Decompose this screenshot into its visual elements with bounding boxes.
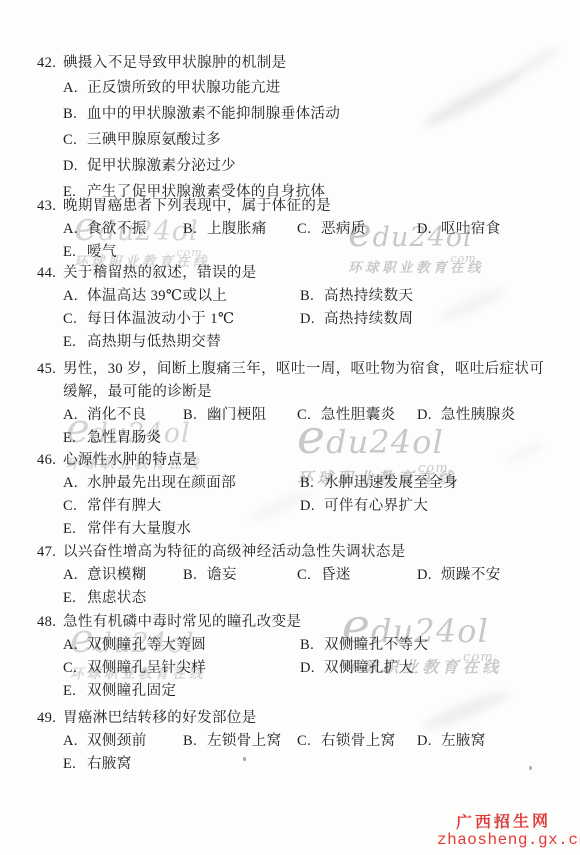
- question-number: 48.: [37, 611, 63, 634]
- option-44-d: D.高热持续数周: [300, 308, 549, 331]
- option-label: C.: [297, 404, 321, 427]
- option-text: 上腹胀痛: [207, 218, 267, 241]
- option-label: C.: [297, 564, 321, 587]
- option-label: C.: [63, 308, 87, 331]
- option-text: 幽门梗阻: [207, 404, 267, 427]
- option-label: A.: [63, 564, 87, 587]
- option-label: C.: [63, 495, 87, 518]
- options-list: A.双侧颈前 B.左锁骨上窝 C.右锁骨上窝 D.左腋窝 E.右腋窝: [37, 730, 549, 776]
- question-number: 47.: [37, 541, 63, 564]
- option-text: 三碘甲腺原氨酸过多: [87, 127, 221, 153]
- option-text: 双侧瞳孔不等大: [324, 634, 428, 657]
- option-text: 消化不良: [87, 404, 147, 427]
- option-label: E.: [63, 518, 87, 541]
- option-text: 高热持续数天: [324, 285, 413, 308]
- option-text: 双侧瞳孔呈针尖样: [87, 657, 206, 680]
- option-label: D.: [417, 404, 441, 427]
- option-49-c: C.右锁骨上窝: [297, 730, 417, 753]
- question-number: 45.: [37, 358, 63, 404]
- option-label: A.: [63, 75, 87, 101]
- option-44-c: C.每日体温波动小于 1℃: [63, 308, 300, 331]
- option-48-b: B.双侧瞳孔不等大: [300, 634, 549, 657]
- option-label: B.: [63, 101, 87, 127]
- options-list: A.意识模糊 B.谵妄 C.昏迷 D.烦躁不安 E.焦虑状态: [37, 564, 549, 610]
- option-text: 昏迷: [321, 564, 351, 587]
- option-text: 意识模糊: [87, 564, 147, 587]
- question-45: 45. 男性，30 岁，间断上腹痛三年，呕吐一周，呕吐物为宿食，呕吐后症状可缓解…: [37, 358, 549, 450]
- option-label: B.: [183, 218, 207, 241]
- option-text: 常伴有大量腹水: [87, 518, 191, 541]
- option-48-d: D.双侧瞳孔扩大: [300, 657, 549, 680]
- option-label: C.: [297, 730, 321, 753]
- question-stem: 48. 急性有机磷中毒时常见的瞳孔改变是: [37, 611, 549, 634]
- option-label: E.: [63, 587, 87, 610]
- question-42: 42. 碘摄入不足导致甲状腺肿的机制是 A.正反馈所致的甲状腺功能亢进 B.血中…: [37, 52, 549, 205]
- option-label: A.: [63, 472, 87, 495]
- option-text: 急性胆囊炎: [321, 404, 396, 427]
- option-label: B.: [300, 634, 324, 657]
- option-text: 呕吐宿食: [441, 218, 501, 241]
- option-text: 左腋窝: [441, 730, 486, 753]
- question-43: 43. 晚期胃癌患者下列表现中，属于体征的是 A.食欲不振 B.上腹胀痛 C.恶…: [37, 195, 549, 264]
- option-label: C.: [297, 218, 321, 241]
- option-45-c: C.急性胆囊炎: [297, 404, 417, 427]
- option-label: C.: [63, 657, 87, 680]
- option-43-d: D.呕吐宿食: [417, 218, 549, 241]
- option-label: A.: [63, 730, 87, 753]
- option-text: 水肿最先出现在颜面部: [87, 472, 236, 495]
- option-label: B.: [300, 285, 324, 308]
- option-47-b: B.谵妄: [183, 564, 297, 587]
- footer-site-url: zhaosheng.gx.cn: [437, 831, 580, 849]
- option-text: 常伴有脾大: [87, 495, 162, 518]
- question-stem: 42. 碘摄入不足导致甲状腺肿的机制是: [37, 52, 549, 75]
- question-49: 49. 胃癌淋巴结转移的好发部位是 A.双侧颈前 B.左锁骨上窝 C.右锁骨上窝…: [37, 707, 549, 776]
- option-text: 急性胃肠炎: [87, 427, 162, 450]
- question-text: 以兴奋性增高为特征的高级神经活动急性失调状态是: [63, 541, 549, 564]
- option-label: C.: [63, 127, 87, 153]
- option-48-a: A.双侧瞳孔等大等圆: [63, 634, 300, 657]
- option-46-d: D.可伴有心界扩大: [300, 495, 549, 518]
- option-text: 恶病质: [321, 218, 366, 241]
- option-text: 双侧瞳孔固定: [87, 680, 176, 703]
- option-42-d: D.促甲状腺激素分泌过少: [63, 153, 236, 179]
- options-list: A.食欲不振 B.上腹胀痛 C.恶病质 D.呕吐宿食 E.嗳气: [37, 218, 549, 264]
- option-label: A.: [63, 218, 87, 241]
- option-text: 高热期与低热期交替: [87, 331, 221, 354]
- question-text: 急性有机磷中毒时常见的瞳孔改变是: [63, 611, 549, 634]
- option-47-e: E.焦虑状态: [63, 587, 147, 610]
- option-label: E.: [63, 331, 87, 354]
- option-42-c: C.三碘甲腺原氨酸过多: [63, 127, 221, 153]
- option-text: 右腋窝: [87, 753, 132, 776]
- option-45-b: B.幽门梗阻: [183, 404, 297, 427]
- option-43-c: C.恶病质: [297, 218, 417, 241]
- option-49-d: D.左腋窝: [417, 730, 549, 753]
- question-text: 男性，30 岁，间断上腹痛三年，呕吐一周，呕吐物为宿食，呕吐后症状可缓解，最可能…: [63, 358, 549, 404]
- question-stem: 45. 男性，30 岁，间断上腹痛三年，呕吐一周，呕吐物为宿食，呕吐后症状可缓解…: [37, 358, 549, 404]
- option-label: D.: [300, 657, 324, 680]
- option-label: B.: [183, 564, 207, 587]
- option-label: D.: [417, 730, 441, 753]
- option-text: 谵妄: [207, 564, 237, 587]
- question-number: 44.: [37, 262, 63, 285]
- question-number: 42.: [37, 52, 63, 75]
- option-42-b: B.血中的甲状腺激素不能抑制腺垂体活动: [63, 101, 340, 127]
- question-stem: 46. 心源性水肿的特点是: [37, 449, 549, 472]
- question-text: 晚期胃癌患者下列表现中，属于体征的是: [63, 195, 549, 218]
- option-46-b: B.水肿迅速发展至全身: [300, 472, 549, 495]
- option-49-e: E.右腋窝: [63, 753, 132, 776]
- option-47-c: C.昏迷: [297, 564, 417, 587]
- option-text: 每日体温波动小于 1℃: [87, 308, 235, 331]
- option-text: 体温高达 39℃或以上: [87, 285, 227, 308]
- question-number: 43.: [37, 195, 63, 218]
- question-stem: 47. 以兴奋性增高为特征的高级神经活动急性失调状态是: [37, 541, 549, 564]
- option-44-e: E.高热期与低热期交替: [63, 331, 221, 354]
- option-text: 焦虑状态: [87, 587, 147, 610]
- option-label: A.: [63, 634, 87, 657]
- option-45-d: D.急性胰腺炎: [417, 404, 549, 427]
- question-number: 46.: [37, 449, 63, 472]
- option-47-a: A.意识模糊: [63, 564, 183, 587]
- option-text: 水肿迅速发展至全身: [324, 472, 458, 495]
- option-text: 促甲状腺激素分泌过少: [87, 153, 236, 179]
- question-number: 49.: [37, 707, 63, 730]
- question-47: 47. 以兴奋性增高为特征的高级神经活动急性失调状态是 A.意识模糊 B.谵妄 …: [37, 541, 549, 610]
- option-label: D.: [300, 308, 324, 331]
- option-48-e: E.双侧瞳孔固定: [63, 680, 176, 703]
- option-label: D.: [417, 564, 441, 587]
- option-text: 嗳气: [87, 241, 117, 264]
- question-48: 48. 急性有机磷中毒时常见的瞳孔改变是 A.双侧瞳孔等大等圆 B.双侧瞳孔不等…: [37, 611, 549, 703]
- option-text: 食欲不振: [87, 218, 147, 241]
- option-text: 血中的甲状腺激素不能抑制腺垂体活动: [87, 101, 340, 127]
- question-text: 关于稽留热的叙述，错误的是: [63, 262, 549, 285]
- scanned-exam-page: edu24ol.com 环球职业教育在线 edu24ol.com 环球职业教育在…: [0, 0, 580, 855]
- option-text: 高热持续数周: [324, 308, 413, 331]
- scan-speck: [529, 766, 532, 770]
- option-49-b: B.左锁骨上窝: [183, 730, 297, 753]
- option-49-a: A.双侧颈前: [63, 730, 183, 753]
- question-stem: 44. 关于稽留热的叙述，错误的是: [37, 262, 549, 285]
- scan-speck: [243, 757, 246, 761]
- option-label: D.: [63, 153, 87, 179]
- option-43-e: E.嗳气: [63, 241, 117, 264]
- options-list: A.消化不良 B.幽门梗阻 C.急性胆囊炎 D.急性胰腺炎 E.急性胃肠炎: [37, 404, 549, 450]
- option-text: 双侧瞳孔等大等圆: [87, 634, 206, 657]
- option-42-a: A.正反馈所致的甲状腺功能亢进: [63, 75, 281, 101]
- option-text: 左锁骨上窝: [207, 730, 282, 753]
- option-45-e: E.急性胃肠炎: [63, 427, 162, 450]
- option-44-a: A.体温高达 39℃或以上: [63, 285, 300, 308]
- option-label: E.: [63, 680, 87, 703]
- option-46-a: A.水肿最先出现在颜面部: [63, 472, 300, 495]
- option-label: B.: [183, 404, 207, 427]
- option-44-b: B.高热持续数天: [300, 285, 549, 308]
- option-label: D.: [417, 218, 441, 241]
- option-label: E.: [63, 241, 87, 264]
- options-list: A.体温高达 39℃或以上 B.高热持续数天 C.每日体温波动小于 1℃ D.高…: [37, 285, 549, 354]
- option-text: 双侧瞳孔扩大: [324, 657, 413, 680]
- options-list: A.水肿最先出现在颜面部 B.水肿迅速发展至全身 C.常伴有脾大 D.可伴有心界…: [37, 472, 549, 541]
- option-label: A.: [63, 404, 87, 427]
- option-47-d: D.烦躁不安: [417, 564, 549, 587]
- option-label: B.: [183, 730, 207, 753]
- option-45-a: A.消化不良: [63, 404, 183, 427]
- option-text: 右锁骨上窝: [321, 730, 396, 753]
- option-46-e: E.常伴有大量腹水: [63, 518, 191, 541]
- option-text: 正反馈所致的甲状腺功能亢进: [87, 75, 281, 101]
- footer-site-name: 广西招生网: [456, 808, 551, 833]
- option-text: 双侧颈前: [87, 730, 147, 753]
- option-label: E.: [63, 427, 87, 450]
- option-label: A.: [63, 285, 87, 308]
- option-48-c: C.双侧瞳孔呈针尖样: [63, 657, 300, 680]
- options-list: A.双侧瞳孔等大等圆 B.双侧瞳孔不等大 C.双侧瞳孔呈针尖样 D.双侧瞳孔扩大…: [37, 634, 549, 703]
- option-43-a: A.食欲不振: [63, 218, 183, 241]
- option-43-b: B.上腹胀痛: [183, 218, 297, 241]
- option-text: 可伴有心界扩大: [324, 495, 428, 518]
- option-text: 急性胰腺炎: [441, 404, 516, 427]
- option-label: E.: [63, 753, 87, 776]
- question-text: 碘摄入不足导致甲状腺肿的机制是: [63, 52, 549, 75]
- option-text: 烦躁不安: [441, 564, 501, 587]
- question-text: 心源性水肿的特点是: [63, 449, 549, 472]
- question-stem: 43. 晚期胃癌患者下列表现中，属于体征的是: [37, 195, 549, 218]
